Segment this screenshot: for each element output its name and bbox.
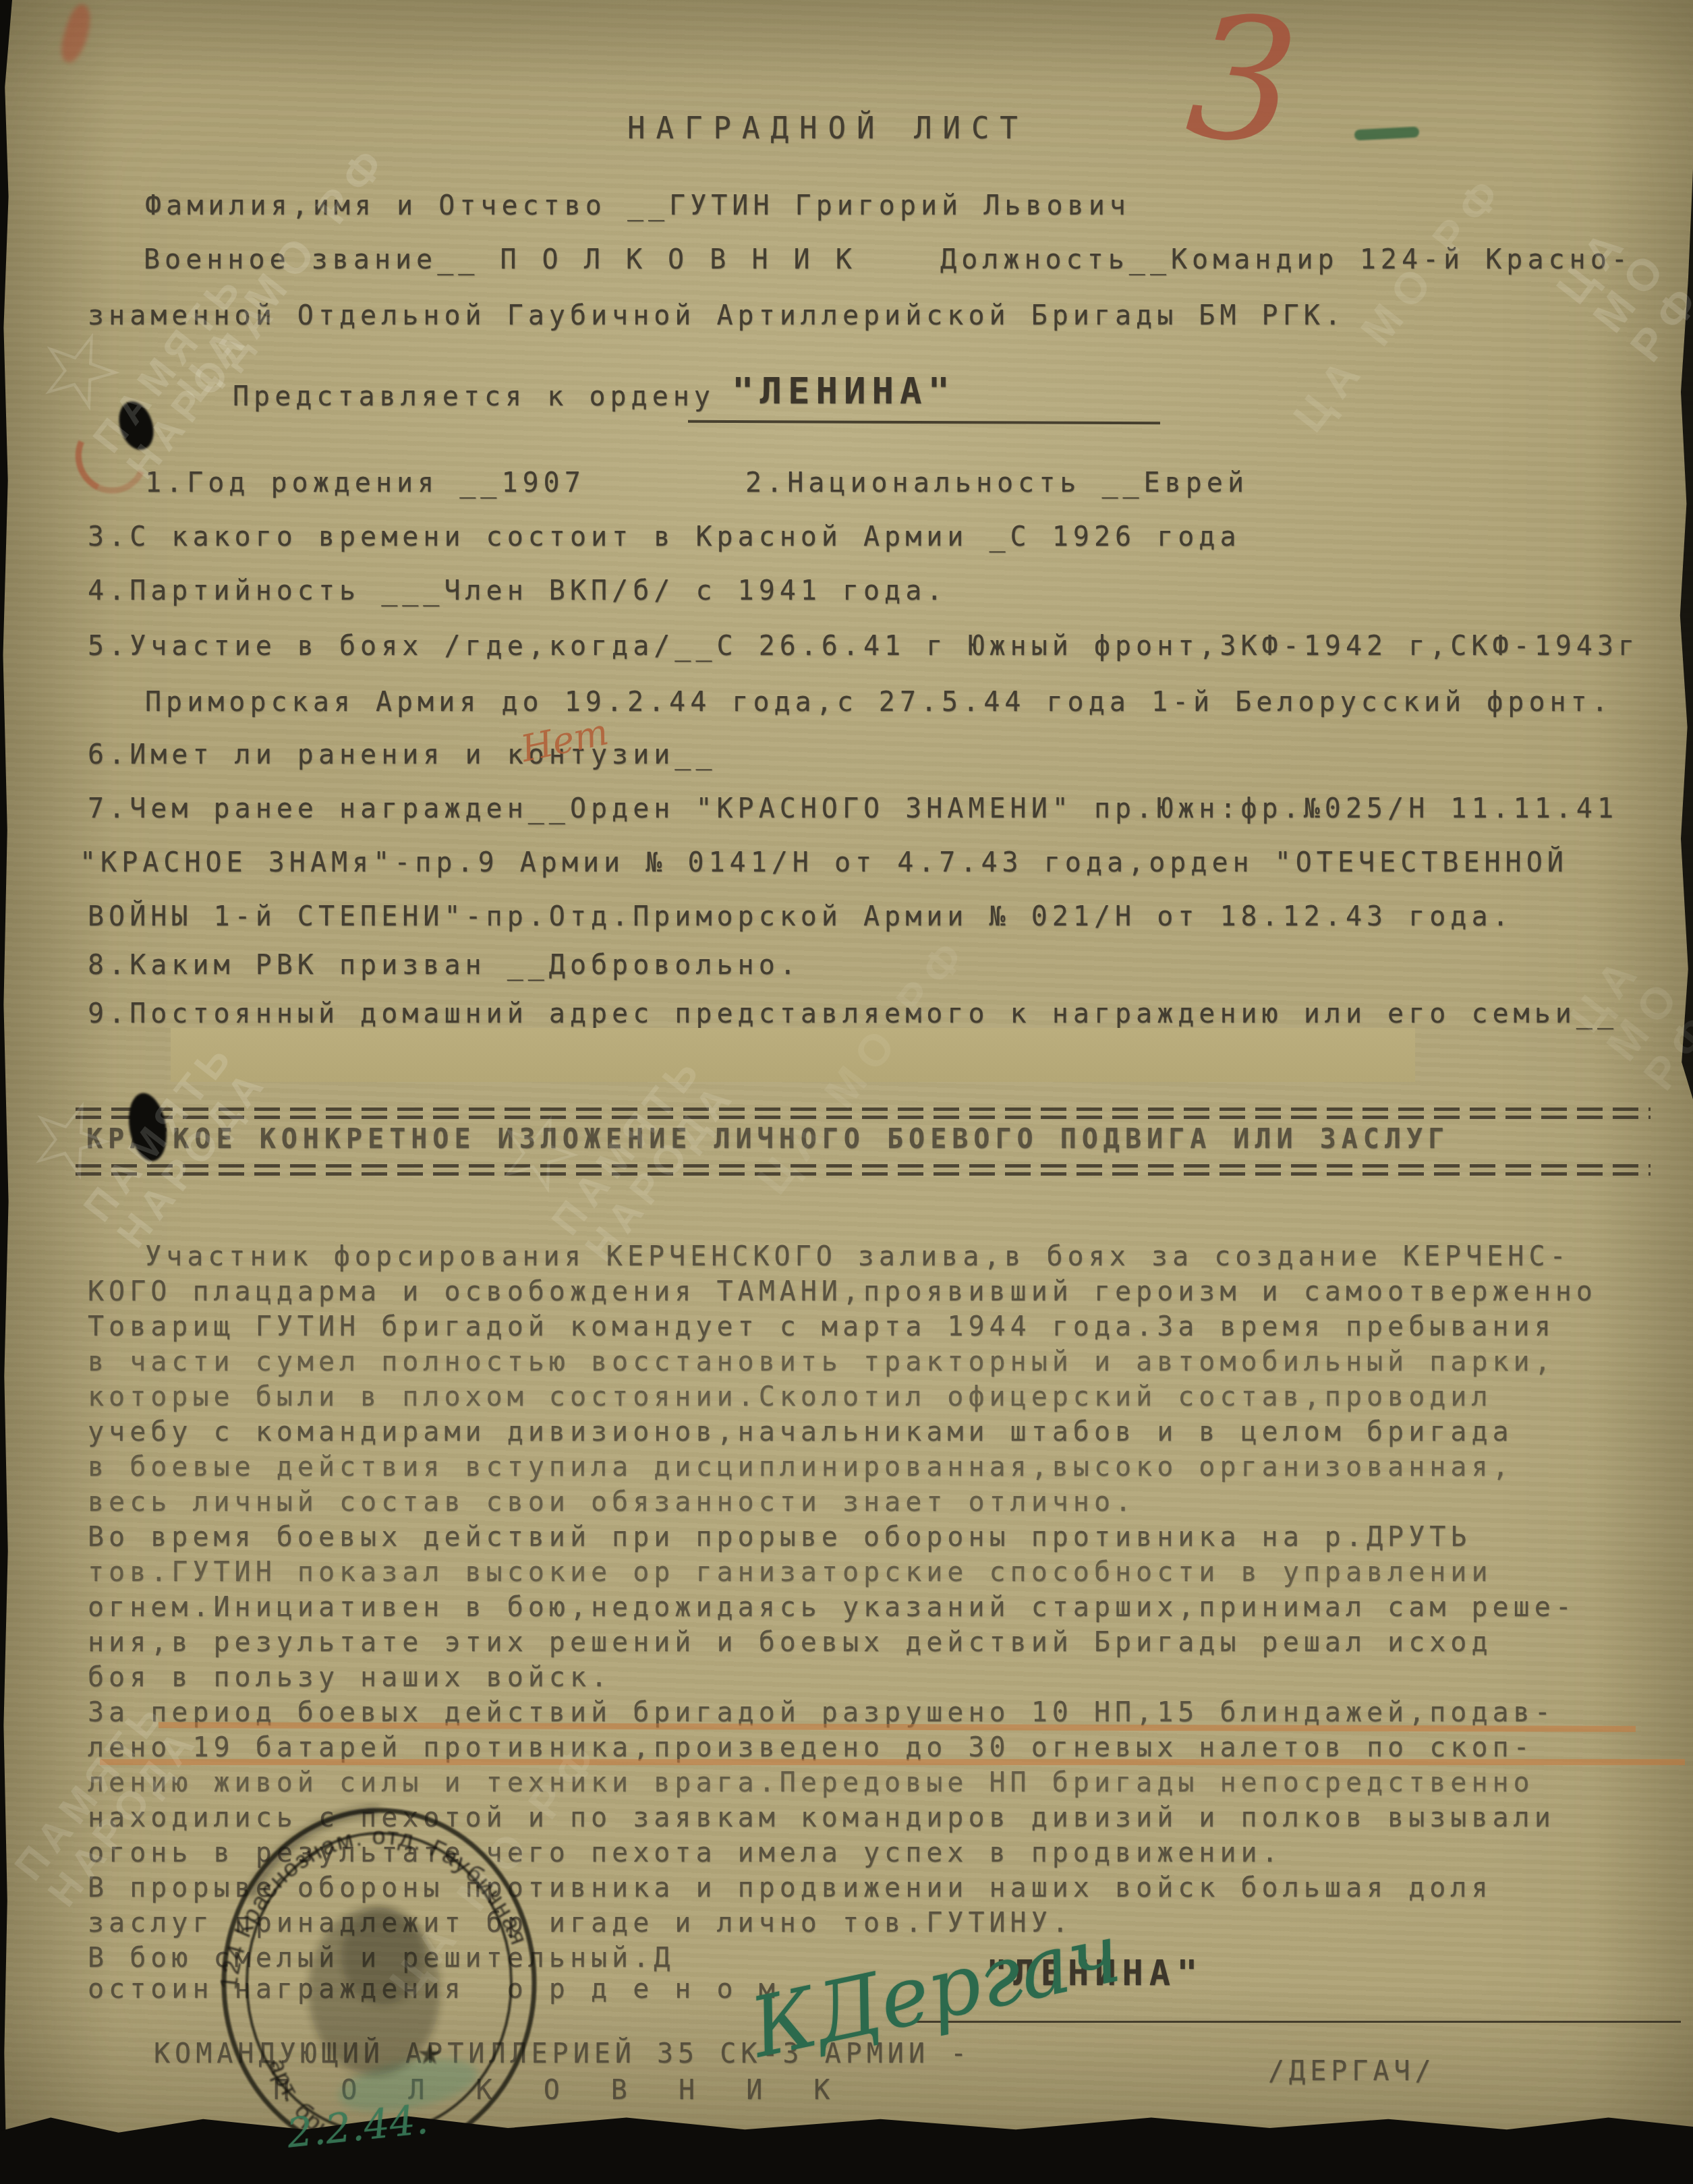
awarded-order-underline xyxy=(912,2021,1681,2023)
item-awards-line1: 7.Чем ранее награжден__Орден "КРАСНОГО З… xyxy=(88,793,1618,824)
item-drafted: 8.Каким РВК призван __Добровольно. xyxy=(88,950,801,981)
item-battles-line1: 5.Участие в боях /где,когда/__С 26.6.41 … xyxy=(88,631,1639,662)
section-title: КРАТКОЕ КОНКРЕТНОЕ ИЗЛОЖЕНИЕ ЛИЧНОГО БОЕ… xyxy=(86,1124,1450,1155)
item-service-since: 3.С какого времени состоит в Красной Арм… xyxy=(88,521,1241,552)
body-line: огнем.Инициативен в бою,недожидаясь указ… xyxy=(88,1592,1576,1623)
field-name: Фамилия,имя и Отчество __ГУТИН Григорий … xyxy=(145,190,1130,221)
field-unit: знаменной Отдельной Гаубичной Артиллерий… xyxy=(88,300,1346,331)
body-line: ния,в результате этих решений и боевых д… xyxy=(88,1627,1493,1658)
body-line: боя в пользу наших войск. xyxy=(88,1662,612,1693)
item-address: 9.Постоянный домашний адрес представляем… xyxy=(88,998,1618,1029)
item-birth-year: 1.Год рождения __1907 xyxy=(145,467,585,498)
presented-to-order-label: Представляется к ордену xyxy=(233,381,715,412)
stamp-center-emblem-upper xyxy=(341,1907,425,2005)
redacted-address-band xyxy=(171,1028,1415,1082)
body-line: тов.ГУТИН показал высокие ор ганизаторск… xyxy=(88,1557,1493,1588)
body-line: в боевые действия вступила дисциплиниров… xyxy=(88,1452,1514,1483)
item-awards-line2: "КРАСНОЕ ЗНАМя"-пр.9 Армии № 0141/Н от 4… xyxy=(80,847,1568,878)
commander-name-typed: /ДЕРГАЧ/ xyxy=(1268,2056,1436,2087)
stamp-star-icon: ★ xyxy=(417,2038,442,2071)
body-line: которые были в плохом состоянии.Сколотил… xyxy=(88,1381,1493,1412)
item-party: 4.Партийность ___Член ВКП/б/ с 1941 года… xyxy=(88,575,947,606)
body-line: учебу с командирами дивизионов,начальник… xyxy=(88,1416,1514,1447)
body-line: Участник форсирования КЕРЧЕНСКОГО залива… xyxy=(145,1241,1571,1272)
document-title: НАГРАДНОЙ ЛИСТ xyxy=(627,111,1029,146)
body-line: Товарищ ГУТИН бригадой командует с марта… xyxy=(88,1311,1555,1342)
award-sheet-scan: НАГРАДНОЙ ЛИСТ 3 Фамилия,имя и Отчество … xyxy=(0,0,1693,2184)
item-nationality: 2.Национальность __Еврей xyxy=(745,467,1249,498)
item-battles-line2: Приморская Армия до 19.2.44 года,с 27.5.… xyxy=(145,687,1613,718)
item-wounds: 6.Имет ли ранения и контузии__ xyxy=(88,739,716,770)
order-name-value: "ЛЕНИНА" xyxy=(732,370,956,412)
body-line: весь личный состав свои обязанности знае… xyxy=(88,1487,1136,1518)
body-line: в части сумел полностью восстановить тра… xyxy=(88,1346,1555,1377)
page-number-red-pencil: 3 xyxy=(1181,0,1304,171)
orange-pencil-underline xyxy=(100,1759,1685,1765)
separator-dashed-line xyxy=(76,1108,1651,1111)
field-rank-position: Военное звание__ П О Л К О В Н И К Должн… xyxy=(144,244,1632,275)
item-awards-line3: ВОЙНЫ 1-й СТЕПЕНИ"-пр.Отд.Приморской Арм… xyxy=(88,901,1514,932)
separator-dashed-line xyxy=(76,1164,1651,1168)
separator-dashed-line xyxy=(76,1172,1651,1176)
separator-dashed-line xyxy=(76,1116,1651,1119)
body-line: Во время боевых действий при прорыве обо… xyxy=(88,1522,1471,1553)
body-line: КОГО плацдарма и освобождения ТАМАНИ,про… xyxy=(88,1276,1597,1307)
